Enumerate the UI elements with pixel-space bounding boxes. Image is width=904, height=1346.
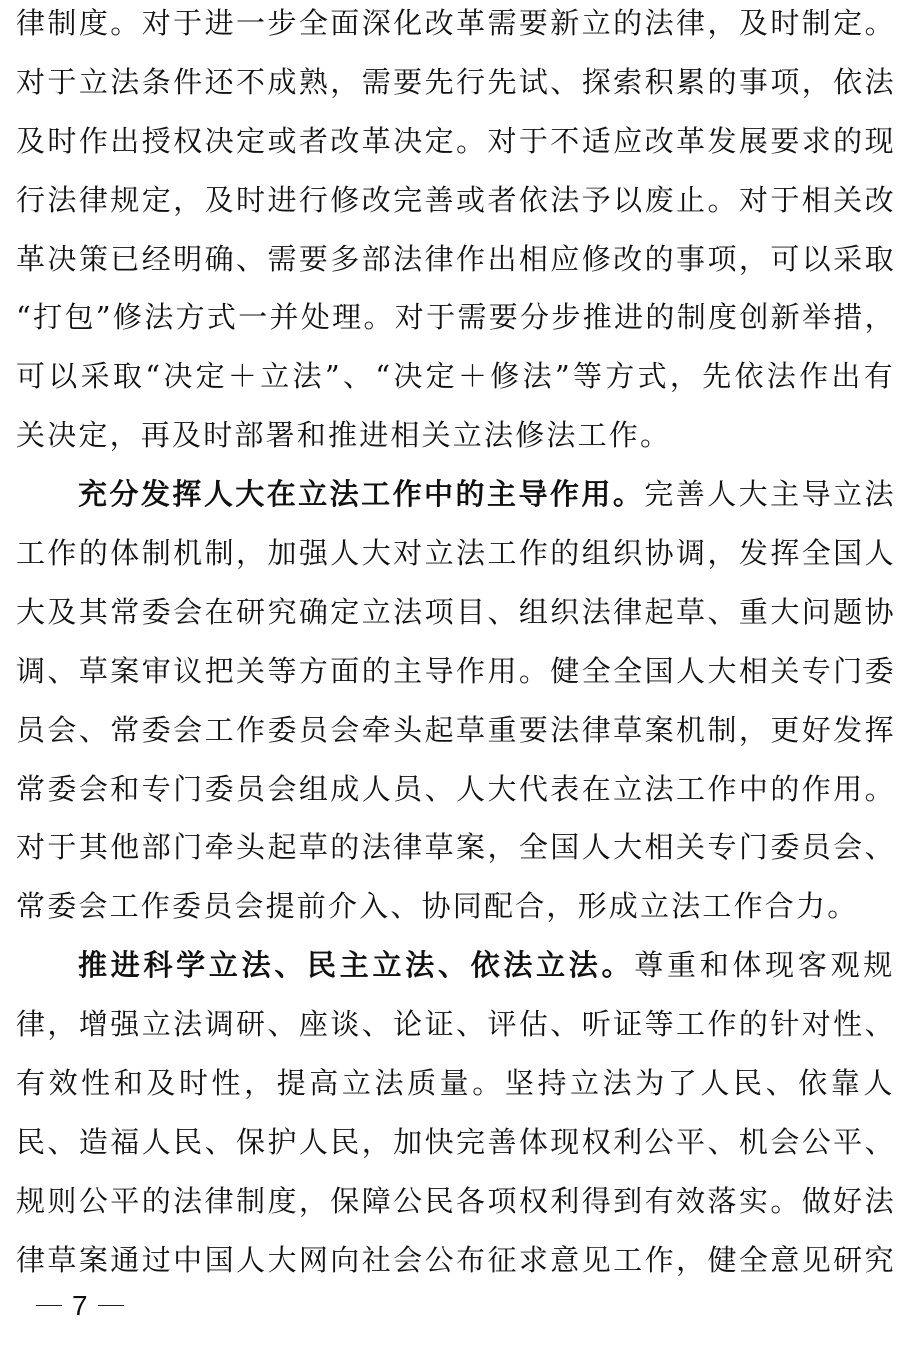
text-line: 工作的体制机制，加强人大对立法工作的组织协调，发挥全国人 bbox=[16, 530, 896, 589]
text-line: 有效性和及时性，提高立法质量。坚持立法为了人民、依靠人 bbox=[16, 1060, 896, 1119]
text-line: 员会、常委会工作委员会牵头起草重要法律草案机制，更好发挥 bbox=[16, 707, 896, 766]
text-line: 对于其他部门牵头起草的法律草案，全国人大相关专门委员会、 bbox=[16, 824, 896, 883]
line-text: 规则公平的法律制度，保障公民各项权利得到有效落实。做好法 bbox=[16, 1178, 896, 1237]
page-number: 7 bbox=[26, 1289, 134, 1323]
line-text: 常委会工作委员会提前介入、协同配合，形成立法工作合力。 bbox=[16, 883, 858, 942]
text-line: 及时作出授权决定或者改革决定。对于不适应改革发展要求的现 bbox=[16, 118, 896, 177]
paragraph-heading: 推进科学立法、民主立法、依法立法。 bbox=[78, 948, 634, 982]
line-text: 律，增强立法调研、座谈、论证、评估、听证等工作的针对性、 bbox=[16, 1001, 896, 1060]
text-line: 律制度。对于进一步全面深化改革需要新立的法律，及时制定。 bbox=[16, 0, 896, 59]
line-text: 调、草案审议把关等方面的主导作用。健全全国人大相关专门委 bbox=[16, 648, 896, 707]
text-line: 常委会工作委员会提前介入、协同配合，形成立法工作合力。 bbox=[16, 883, 896, 942]
line-text: 对于立法条件还不成熟，需要先行先试、探索积累的事项，依法 bbox=[16, 59, 896, 118]
line-text: 律草案通过中国人大网向社会公布征求意见工作，健全意见研究 bbox=[16, 1237, 896, 1296]
line-text: 有效性和及时性，提高立法质量。坚持立法为了人民、依靠人 bbox=[16, 1060, 896, 1119]
line-text: 行法律规定，及时进行修改完善或者依法予以废止。对于相关改 bbox=[16, 177, 896, 236]
line-text: 关决定，再及时部署和推进相关立法修法工作。 bbox=[16, 412, 671, 471]
line-text: “打包”修法方式一并处理。对于需要分步推进的制度创新举措， bbox=[16, 294, 896, 353]
line-text: 对于其他部门牵头起草的法律草案，全国人大相关专门委员会、 bbox=[16, 824, 896, 883]
line-text: 律制度。对于进一步全面深化改革需要新立的法律，及时制定。 bbox=[16, 0, 896, 59]
text-line: 行法律规定，及时进行修改完善或者依法予以废止。对于相关改 bbox=[16, 177, 896, 236]
document-page: 律制度。对于进一步全面深化改革需要新立的法律，及时制定。 对于立法条件还不成熟，… bbox=[0, 0, 904, 1346]
line-text: 可以采取“决定＋立法”、“决定＋修法”等方式，先依法作出有 bbox=[16, 353, 896, 412]
line-text: 完善人大主导立法 bbox=[644, 477, 896, 511]
text-line: 对于立法条件还不成熟，需要先行先试、探索积累的事项，依法 bbox=[16, 59, 896, 118]
dash-left bbox=[36, 1305, 62, 1307]
paragraph-heading: 充分发挥人大在立法工作中的主导作用。 bbox=[78, 477, 644, 511]
line-text: 工作的体制机制，加强人大对立法工作的组织协调，发挥全国人 bbox=[16, 530, 896, 589]
text-line: 革决策已经明确、需要多部法律作出相应修改的事项，可以采取 bbox=[16, 236, 896, 295]
document-body: 律制度。对于进一步全面深化改革需要新立的法律，及时制定。 对于立法条件还不成熟，… bbox=[16, 0, 896, 1296]
text-line: 民、造福人民、保护人民，加快完善体现权利公平、机会公平、 bbox=[16, 1119, 896, 1178]
text-line: 常委会和专门委员会组成人员、人大代表在立法工作中的作用。 bbox=[16, 766, 896, 825]
line-text: 员会、常委会工作委员会牵头起草重要法律草案机制，更好发挥 bbox=[16, 707, 896, 766]
text-line: 调、草案审议把关等方面的主导作用。健全全国人大相关专门委 bbox=[16, 648, 896, 707]
line-text: 尊重和体现客观规 bbox=[634, 948, 896, 982]
line-text: 及时作出授权决定或者改革决定。对于不适应改革发展要求的现 bbox=[16, 118, 896, 177]
text-line: 律草案通过中国人大网向社会公布征求意见工作，健全意见研究 bbox=[16, 1237, 896, 1296]
text-line: 律，增强立法调研、座谈、论证、评估、听证等工作的针对性、 bbox=[16, 1001, 896, 1060]
paragraph-first-line: 推进科学立法、民主立法、依法立法。尊重和体现客观规 bbox=[16, 942, 896, 1001]
line-text: 大及其常委会在研究确定立法项目、组织法律起草、重大问题协 bbox=[16, 589, 896, 648]
dash-right bbox=[98, 1305, 124, 1307]
line-text: 革决策已经明确、需要多部法律作出相应修改的事项，可以采取 bbox=[16, 236, 896, 295]
line-text: 常委会和专门委员会组成人员、人大代表在立法工作中的作用。 bbox=[16, 766, 896, 825]
text-line: 可以采取“决定＋立法”、“决定＋修法”等方式，先依法作出有 bbox=[16, 353, 896, 412]
text-line: “打包”修法方式一并处理。对于需要分步推进的制度创新举措， bbox=[16, 294, 896, 353]
paragraph-first-line: 充分发挥人大在立法工作中的主导作用。完善人大主导立法 bbox=[16, 471, 896, 530]
text-line: 规则公平的法律制度，保障公民各项权利得到有效落实。做好法 bbox=[16, 1178, 896, 1237]
text-line: 大及其常委会在研究确定立法项目、组织法律起草、重大问题协 bbox=[16, 589, 896, 648]
page-number-value: 7 bbox=[72, 1290, 88, 1321]
text-line: 关决定，再及时部署和推进相关立法修法工作。 bbox=[16, 412, 896, 471]
line-text: 民、造福人民、保护人民，加快完善体现权利公平、机会公平、 bbox=[16, 1119, 896, 1178]
